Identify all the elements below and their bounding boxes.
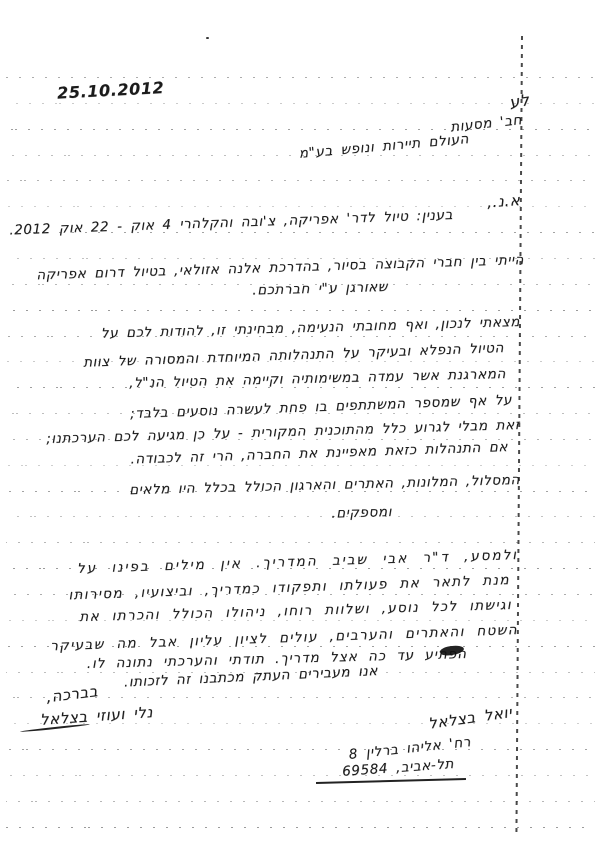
subject-line: בענין: טיול לדר' אפריקה, צ'ובה והקלהרי 4…	[38, 206, 453, 239]
ruled-line	[6, 542, 595, 544]
ruled-line	[6, 775, 595, 777]
signature-right: יואל בצלאל	[406, 703, 514, 737]
ruled-line	[6, 801, 595, 803]
body-line: ומספקים.	[328, 503, 392, 524]
letter-date: 25.10.2012	[57, 78, 165, 103]
ruled-line	[6, 77, 595, 79]
ruled-line	[6, 180, 595, 182]
ruled-line	[6, 516, 595, 518]
ruled-line	[6, 749, 595, 751]
signature-left: נלי ועוזי בצלאל	[23, 703, 154, 731]
recipient-line: העולם תיירות ונופש בע"מ	[287, 130, 470, 165]
body-line: שאורגן ע"י חברתכם.	[248, 278, 388, 301]
closing: בברכה,	[45, 682, 99, 707]
ruled-line	[6, 310, 595, 312]
ruled-line	[6, 103, 595, 105]
scanned-letter-page: 25.10.2012 לע חב' מסעות העולם תיירות ונו…	[0, 0, 595, 842]
ruled-line	[6, 827, 595, 829]
body-line: המסלול, המלונות, האתרים והארגון הכולל בכ…	[25, 471, 520, 503]
greeting: א.נ.,	[486, 191, 521, 212]
scan-speck	[206, 37, 209, 39]
margin-scribble: לע	[508, 90, 531, 112]
